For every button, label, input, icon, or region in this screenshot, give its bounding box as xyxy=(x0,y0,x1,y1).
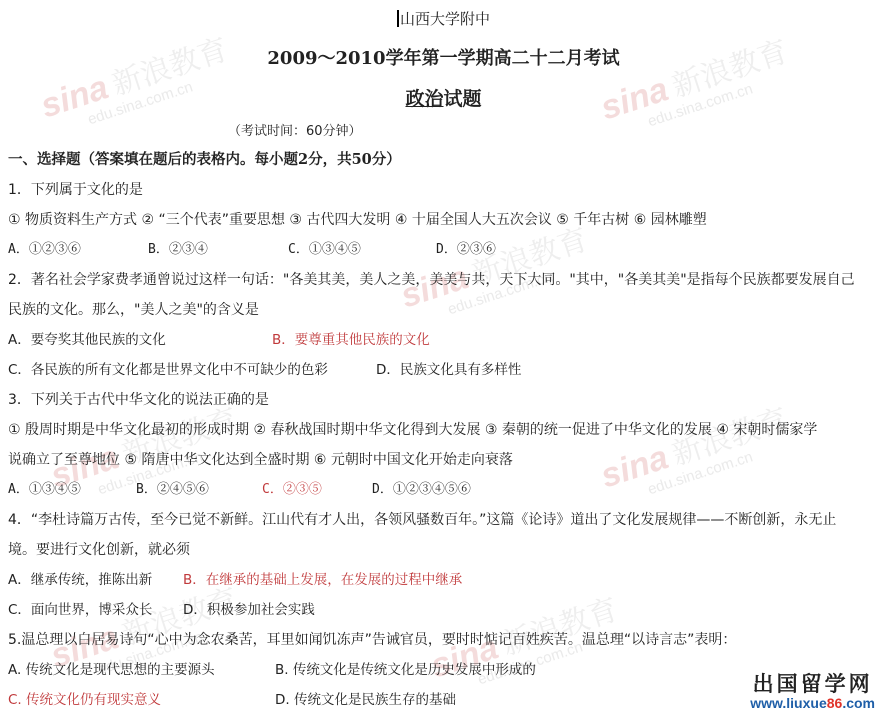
option-a[interactable]: A．要夸奖其他民族的文化 xyxy=(8,330,166,350)
option-c-correct[interactable]: C．②③⑤ xyxy=(262,480,322,500)
option-d[interactable]: D．民族文化具有多样性 xyxy=(376,360,521,380)
question-items: 说确立了至尊地位 ⑤ 隋唐中华文化达到全盛时期 ⑥ 元朝时中国文化开始走向衰落 xyxy=(8,450,513,470)
brand-url: www.liuxue86.com xyxy=(750,695,875,711)
option-c[interactable]: C．面向世界，博采众长 xyxy=(8,600,152,620)
option-d[interactable]: D．②③⑥ xyxy=(436,240,496,260)
subject-title: 政治试题 xyxy=(0,84,887,111)
question-stem: 1．下列属于文化的是 xyxy=(8,180,143,200)
section-heading: 一、选择题（答案填在题后的表格内。每小题2分，共50分） xyxy=(8,150,401,170)
question-stem: 4．“李杜诗篇万古传，至今已觉不新鲜。江山代有才人出，各领风骚数百年。”这篇《论… xyxy=(8,510,836,530)
exam-title: 2009～2010学年第一学期高二十二月考试 xyxy=(0,44,887,70)
question-items: ① 物质资料生产方式 ② “三个代表”重要思想 ③ 古代四大发明 ④ 十届全国人… xyxy=(8,210,707,230)
question-stem: 3．下列关于古代中华文化的说法正确的是 xyxy=(8,390,269,410)
option-b-correct[interactable]: B．要尊重其他民族的文化 xyxy=(272,330,430,350)
school-name: 山西大学附中 xyxy=(0,8,887,29)
option-a[interactable]: A. 传统文化是现代思想的主要源头 xyxy=(8,660,215,680)
option-d[interactable]: D．①②③④⑤⑥ xyxy=(372,480,471,500)
option-c-correct[interactable]: C. 传统文化仍有现实意义 xyxy=(8,690,161,710)
liuxue86-logo: 出国留学网 www.liuxue86.com xyxy=(750,673,875,711)
option-a[interactable]: A．①②③⑥ xyxy=(8,240,81,260)
question-stem: 2．著名社会学家费孝通曾说过这样一句话："各美其美，美人之美，美美与共，天下大同… xyxy=(8,270,855,290)
question-items: ① 殷周时期是中华文化最初的形成时期 ② 春秋战国时期中华文化得到大发展 ③ 秦… xyxy=(8,420,817,440)
option-a[interactable]: A．继承传统，推陈出新 xyxy=(8,570,152,590)
option-b-correct[interactable]: B．在继承的基础上发展，在发展的过程中继承 xyxy=(183,570,462,590)
option-c[interactable]: C．①③④⑤ xyxy=(288,240,361,260)
option-c[interactable]: C．各民族的所有文化都是世界文化中不可缺少的色彩 xyxy=(8,360,328,380)
option-b[interactable]: B．②③④ xyxy=(148,240,208,260)
option-d[interactable]: D. 传统文化是民族生存的基础 xyxy=(275,690,456,710)
option-a[interactable]: A．①③④⑤ xyxy=(8,480,81,500)
question-stem: 5.温总理以白居易诗句“心中为念农桑苦，耳里如闻饥冻声”告诫官员，要时时惦记百姓… xyxy=(8,630,736,650)
question-stem: 民族的文化。那么，"美人之美"的含义是 xyxy=(8,300,259,320)
text-cursor xyxy=(397,10,399,27)
option-b[interactable]: B. 传统文化是传统文化是历史发展中形成的 xyxy=(275,660,536,680)
option-d[interactable]: D．积极参加社会实践 xyxy=(183,600,315,620)
option-b[interactable]: B．②④⑤⑥ xyxy=(136,480,209,500)
exam-time-note: （考试时间：60分钟） xyxy=(228,120,362,139)
question-stem: 境。要进行文化创新，就必须 xyxy=(8,540,190,560)
sina-watermark: sina新浪教育edu.sina.com.cn xyxy=(597,401,797,509)
